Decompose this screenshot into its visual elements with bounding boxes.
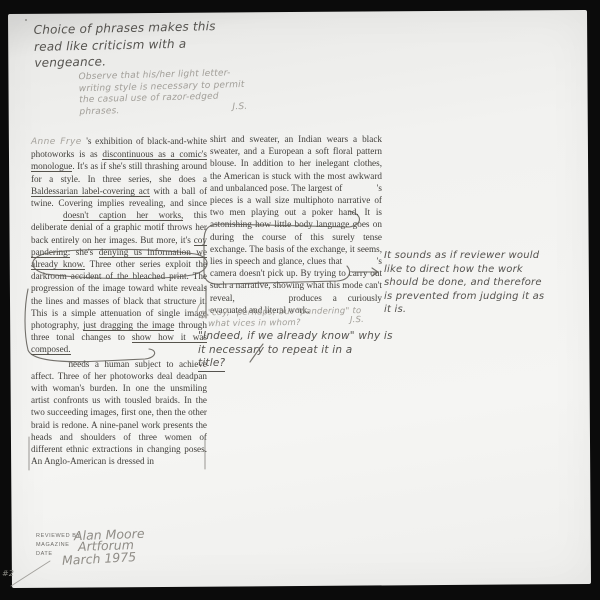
note-line: title? xyxy=(198,357,225,372)
note-line: it is. xyxy=(384,303,529,317)
text-segment: 's pieces is a wall size multiphoto narr… xyxy=(210,183,382,266)
note-line: It sounds as if reviewer would xyxy=(384,249,529,263)
text-segment: Baldessarian label-covering act xyxy=(31,186,150,197)
observe-note-text: Observe that his/her light letter-writin… xyxy=(78,68,251,118)
observe-note-initials: J.S. xyxy=(232,101,247,113)
note-line: is prevented from judging it as xyxy=(384,290,529,304)
form-label-magazine: MAGAZINE xyxy=(36,542,70,548)
text-segment: Anne Frye xyxy=(31,137,86,147)
scanned-review-page: { "colors": { "paper": "#f2f2f0", "frame… xyxy=(0,0,600,600)
text-segment: just dragging the image xyxy=(83,320,174,331)
speck-mark xyxy=(25,19,27,21)
text-segment: she's xyxy=(70,247,98,257)
note-line: it necessary to repeat it in a xyxy=(198,344,393,358)
typed-paragraph: needs a human subject to achieve affect.… xyxy=(31,358,207,468)
text-segment: shirt and sweater, an Indian wears a bla… xyxy=(210,134,382,193)
text-segment: needs a human subject to achieve affect.… xyxy=(31,359,207,467)
note-line: should be done, and therefore xyxy=(384,276,529,290)
form-value-date: March 1975 xyxy=(62,549,137,568)
note-line: like to direct how the work xyxy=(384,263,529,277)
coy-note-initials: J.S. xyxy=(350,315,364,326)
coy-pencil-note: "coy," perhaps; but "pandering" towhat v… xyxy=(208,306,378,330)
indeed-ink-note: "Indeed, if we already know" why isit ne… xyxy=(198,330,393,372)
right-margin-note: It sounds as if reviewer wouldlike to di… xyxy=(384,249,529,317)
review-form: REVIEWED BY Alan Moore MAGAZINE Artforum… xyxy=(36,527,206,591)
observe-pencil-note: Observe that his/her light letter-writin… xyxy=(78,68,251,118)
article-right-column: shirt and sweater, an Indian wears a bla… xyxy=(210,133,382,318)
form-label-date: DATE xyxy=(36,551,53,557)
top-margin-note: Choice of phrases makes thisread like cr… xyxy=(34,18,217,71)
typed-paragraph: Anne Frye 's exhibition of black-and-whi… xyxy=(31,135,207,356)
typed-paragraph: shirt and sweater, an Indian wears a bla… xyxy=(210,133,382,316)
article-left-column: Anne Frye 's exhibition of black-and-whi… xyxy=(31,135,207,469)
note-line: "Indeed, if we already know" why is xyxy=(198,330,393,344)
text-segment: doesn't caption her works, xyxy=(63,210,183,221)
page-number-mark: #2 xyxy=(2,569,14,578)
